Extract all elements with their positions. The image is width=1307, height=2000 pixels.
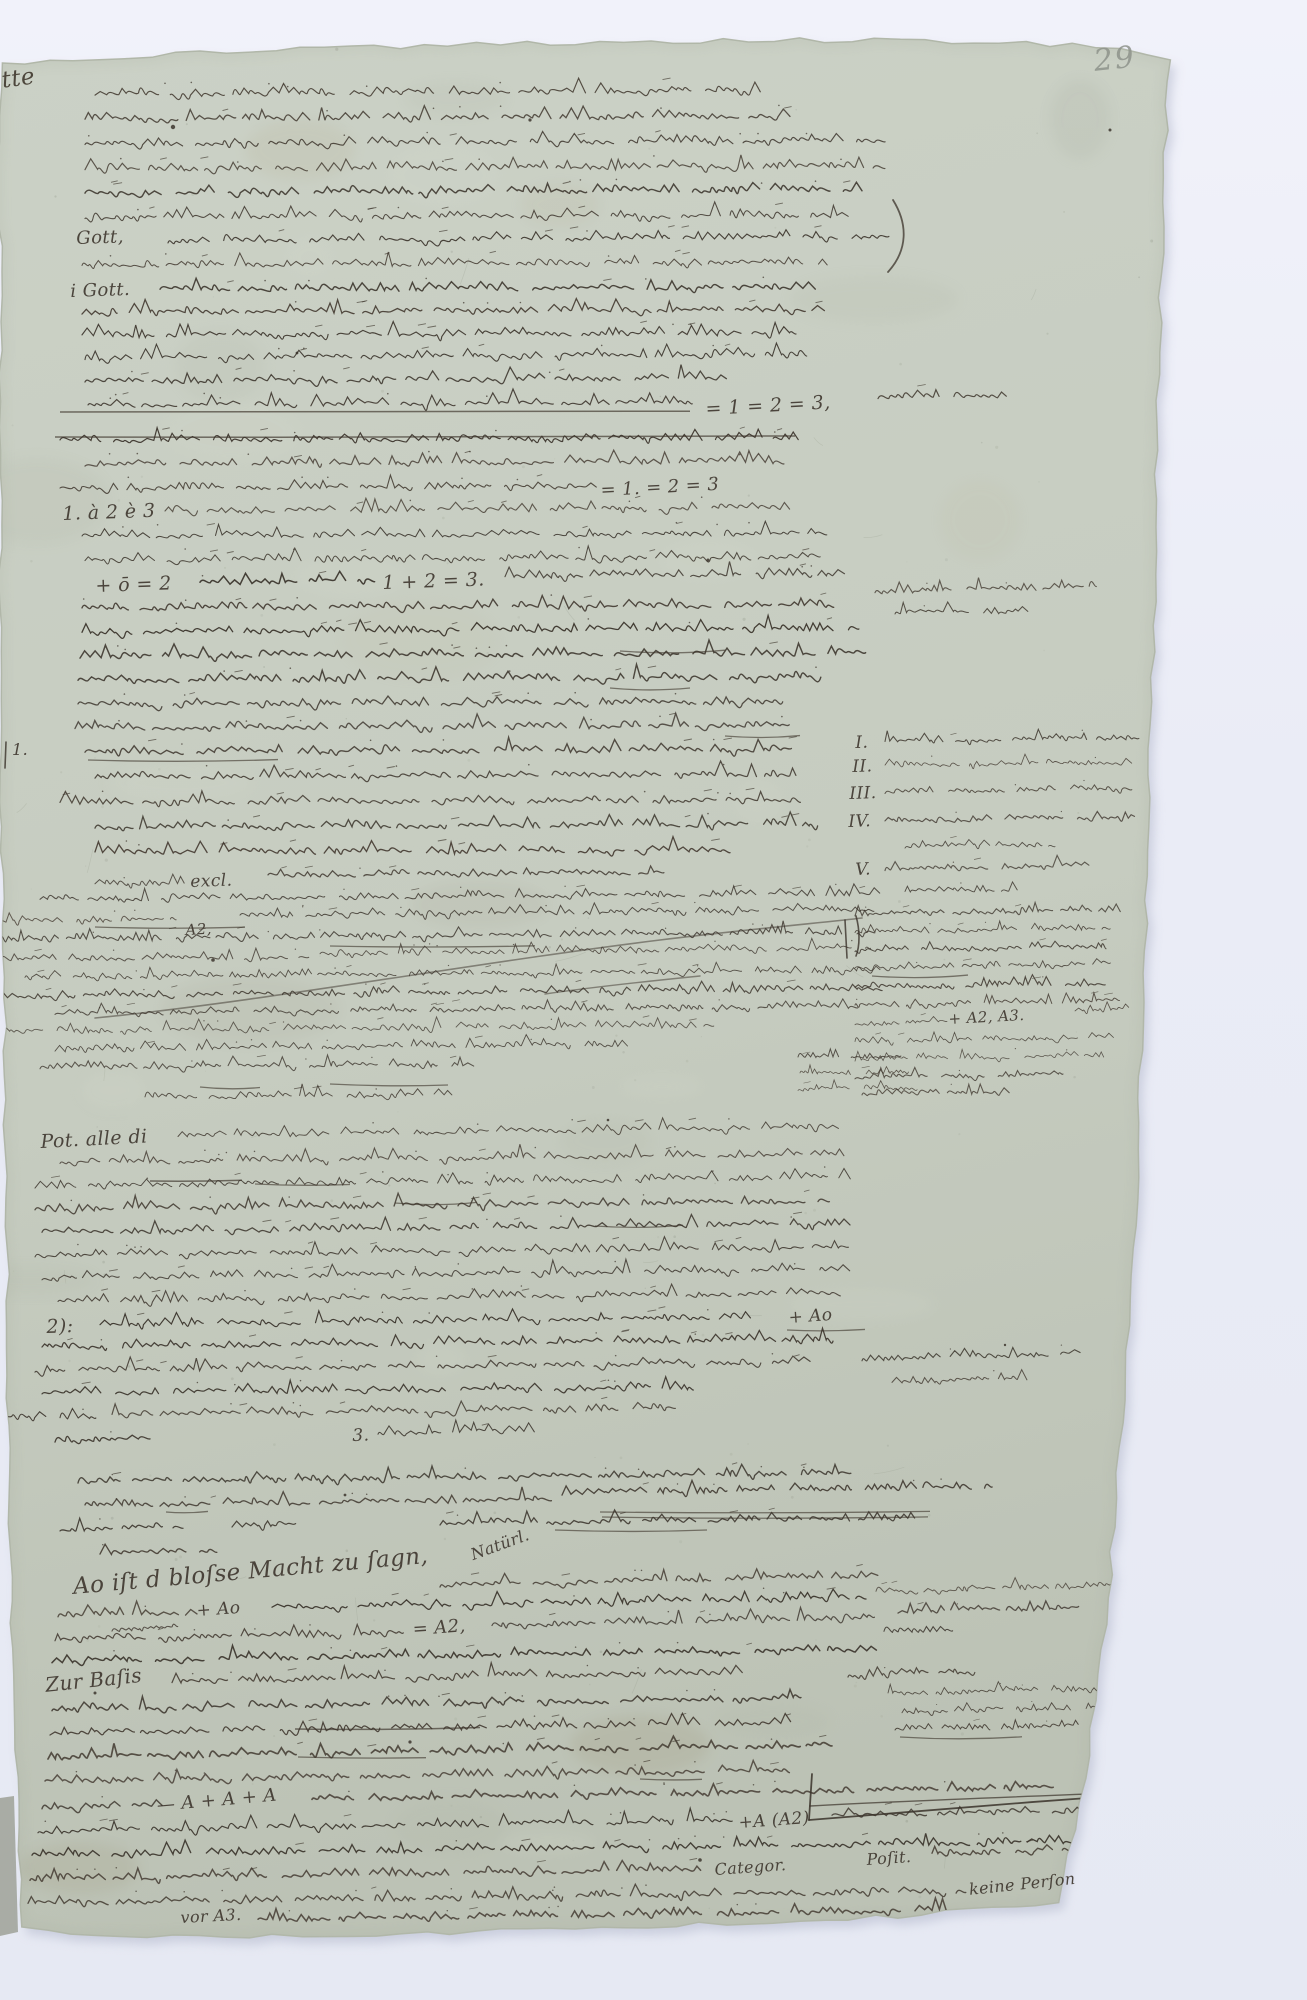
manuscript-paper <box>0 0 1307 2000</box>
manuscript-scan: 29 tte = 1 = 2 = 3,= 1. = 2 = 31. à 2 è … <box>0 0 1307 2000</box>
